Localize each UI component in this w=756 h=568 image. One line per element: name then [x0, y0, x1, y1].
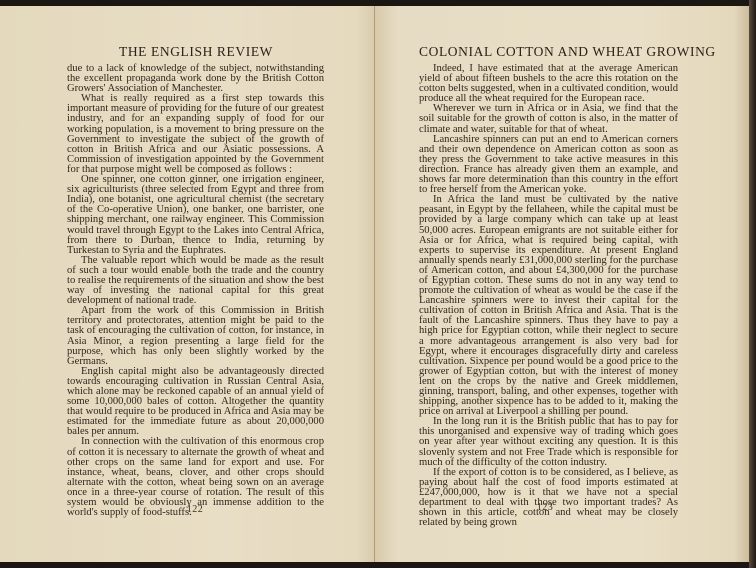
paragraph: In the long run it is the British public…	[419, 417, 678, 467]
paragraph: Apart from the work of this Commission i…	[67, 306, 324, 367]
running-head: THE ENGLISH REVIEW	[66, 44, 326, 60]
paragraph: If the export of cotton is to be conside…	[419, 468, 678, 529]
book-edge	[749, 0, 756, 568]
page-number: 123	[525, 502, 565, 513]
body-text: due to a lack of knowledge of the subjec…	[67, 64, 324, 518]
page-number: 122	[175, 504, 215, 515]
paragraph: Wherever we turn in Africa or in Asia, w…	[419, 104, 678, 134]
paragraph: One spinner, one cotton ginner, one irri…	[67, 175, 324, 256]
paragraph: due to a lack of knowledge of the subjec…	[67, 64, 324, 94]
paragraph: Indeed, I have estimated that at the ave…	[419, 64, 678, 104]
body-text: Indeed, I have estimated that at the ave…	[419, 64, 678, 528]
paragraph: What is really required as a first step …	[67, 94, 324, 175]
paragraph: English capital might also be advantageo…	[67, 367, 324, 438]
paragraph: In Africa the land must be cultivated by…	[419, 195, 678, 417]
book-spread: THE ENGLISH REVIEW due to a lack of know…	[0, 6, 756, 562]
paragraph: Lancashire spinners can put an end to Am…	[419, 135, 678, 196]
left-page: THE ENGLISH REVIEW due to a lack of know…	[0, 6, 375, 562]
right-page: COLONIAL COTTON AND WHEAT GROWING Indeed…	[375, 6, 749, 562]
paragraph: The valuable report which would be made …	[67, 256, 324, 306]
running-head: COLONIAL COTTON AND WHEAT GROWING	[419, 44, 679, 60]
